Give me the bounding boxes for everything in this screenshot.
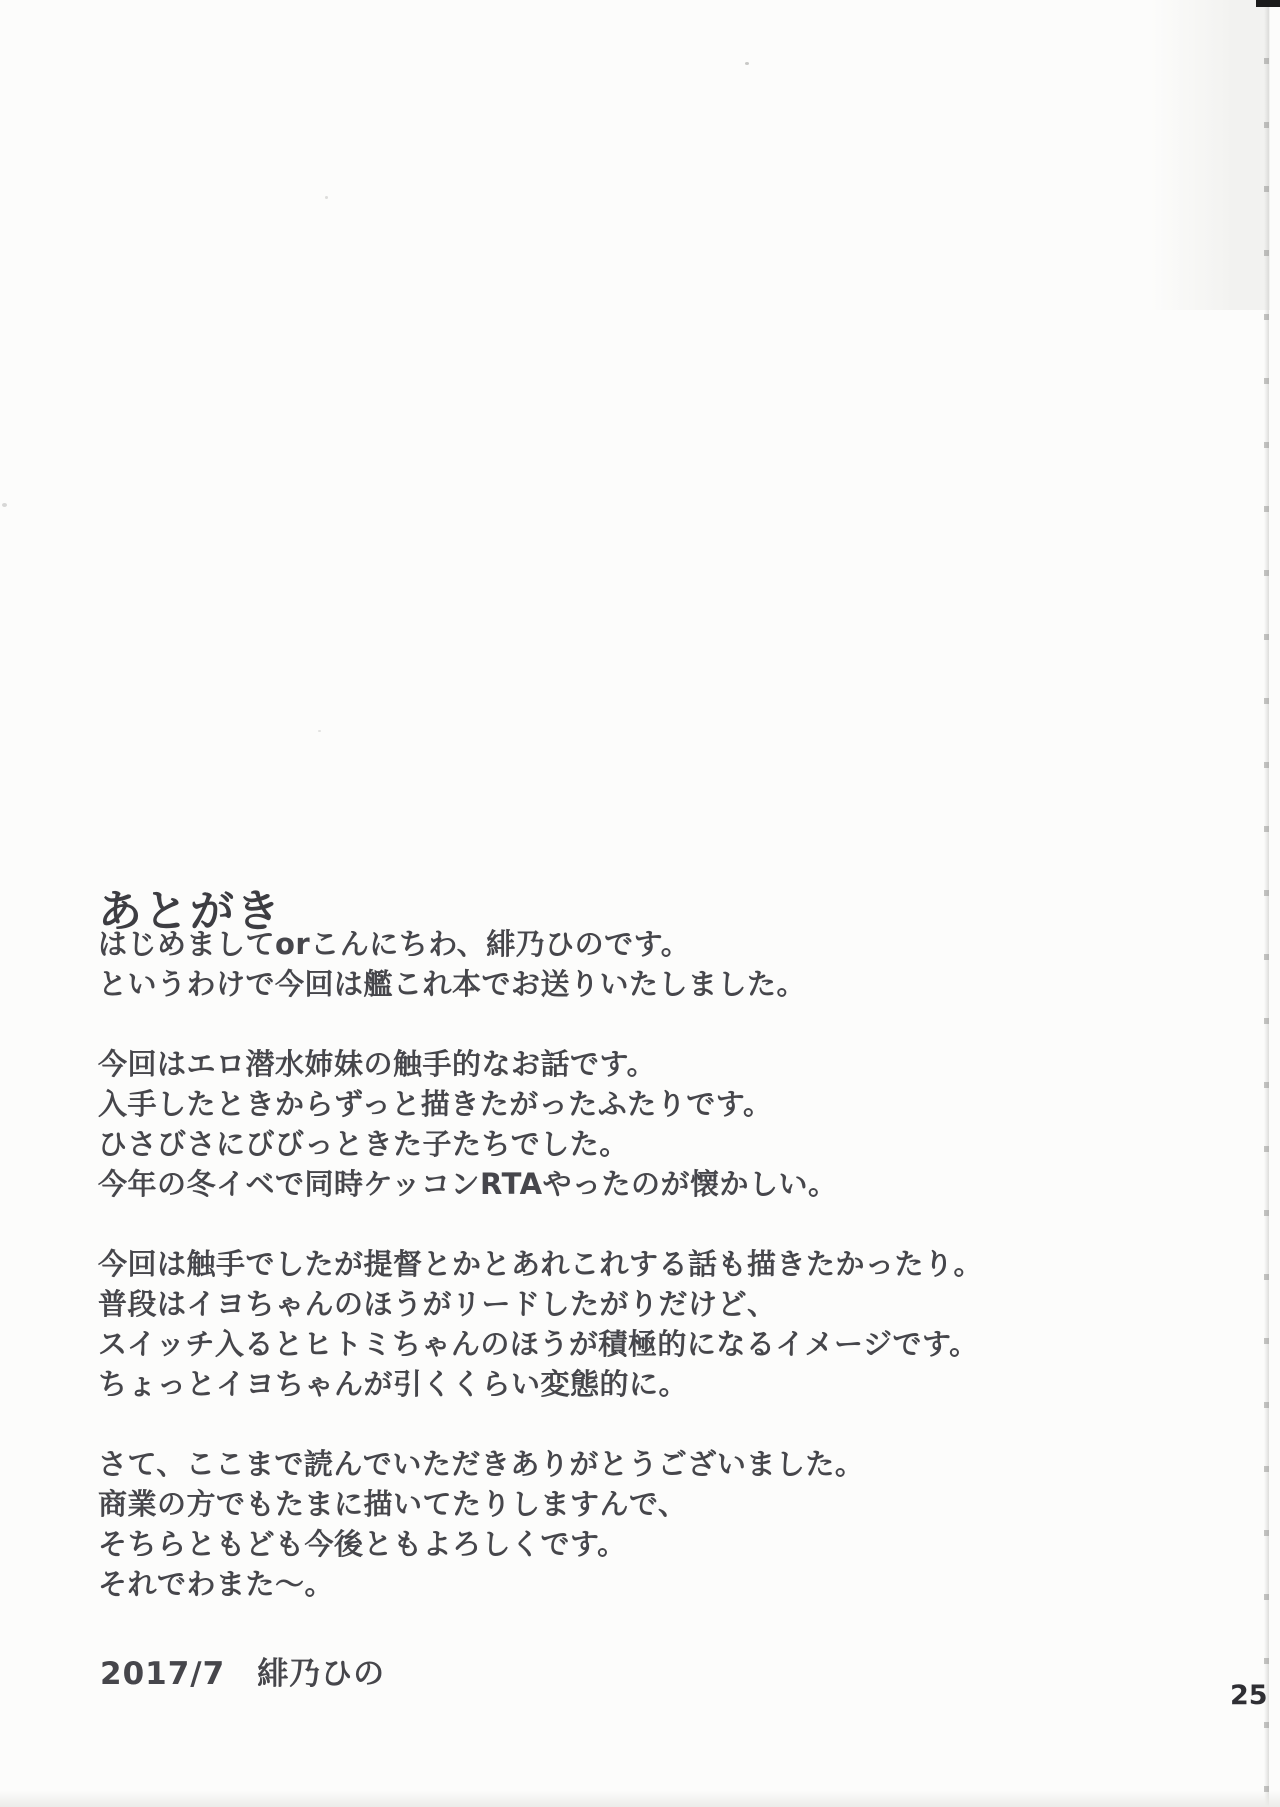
- paragraph-closing: さて、ここまで読んでいただきありがとうございました。 商業の方でもたまに描いてた…: [98, 1444, 1098, 1604]
- text-line: それでわまた～。: [98, 1564, 1098, 1604]
- text-line: というわけで今回は艦これ本でお送りいたしました。: [98, 964, 1098, 1004]
- text-line: 普段はイヨちゃんのほうがリードしたがりだけど、: [98, 1284, 1098, 1324]
- text-line: 商業の方でもたまに描いてたりしますんで、: [98, 1484, 1098, 1524]
- scan-speck: [325, 196, 328, 199]
- text-line: はじめましてorこんにちわ、緋乃ひのです。: [98, 924, 1098, 964]
- scan-edge-shading: [1150, 0, 1270, 310]
- text-line: ひさびさにびびっときた子たちでした。: [98, 1124, 1098, 1164]
- text-line: スイッチ入るとヒトミちゃんのほうが積極的になるイメージです。: [98, 1324, 1098, 1364]
- scan-corner-mark: [1256, 0, 1280, 7]
- scan-speck: [745, 62, 749, 65]
- afterword-body: はじめましてorこんにちわ、緋乃ひのです。 というわけで今回は艦これ本でお送りい…: [98, 924, 1098, 1604]
- text-line: ちょっとイヨちゃんが引くくらい変態的に。: [98, 1364, 1098, 1404]
- page-edge-line: [1264, 0, 1269, 1807]
- text-line: 今回は触手でしたが提督とかとあれこれする話も描きたかったり。: [98, 1244, 1098, 1284]
- scan-bottom-smudge: [0, 1791, 1280, 1807]
- scan-speck: [2, 503, 7, 507]
- paragraph-about-story: 今回はエロ潜水姉妹の触手的なお話です。 入手したときからずっと描きたがったふたり…: [98, 1044, 1098, 1204]
- scanned-page: あとがき はじめましてorこんにちわ、緋乃ひのです。 というわけで今回は艦これ本…: [0, 0, 1280, 1807]
- scan-speck: [318, 730, 321, 732]
- text-line: そちらともども今後ともよろしくです。: [98, 1524, 1098, 1564]
- text-line: 今回はエロ潜水姉妹の触手的なお話です。: [98, 1044, 1098, 1084]
- text-line: 今年の冬イベで同時ケッコンRTAやったのが懐かしい。: [98, 1164, 1098, 1204]
- date-author-signature: 2017/7 緋乃ひの: [100, 1648, 385, 1693]
- text-line: 入手したときからずっと描きたがったふたりです。: [98, 1084, 1098, 1124]
- text-line: さて、ここまで読んでいただきありがとうございました。: [98, 1444, 1098, 1484]
- page-number: 25: [1230, 1680, 1268, 1711]
- paragraph-characters: 今回は触手でしたが提督とかとあれこれする話も描きたかったり。 普段はイヨちゃんの…: [98, 1244, 1098, 1404]
- paragraph-greeting: はじめましてorこんにちわ、緋乃ひのです。 というわけで今回は艦これ本でお送りい…: [98, 924, 1098, 1004]
